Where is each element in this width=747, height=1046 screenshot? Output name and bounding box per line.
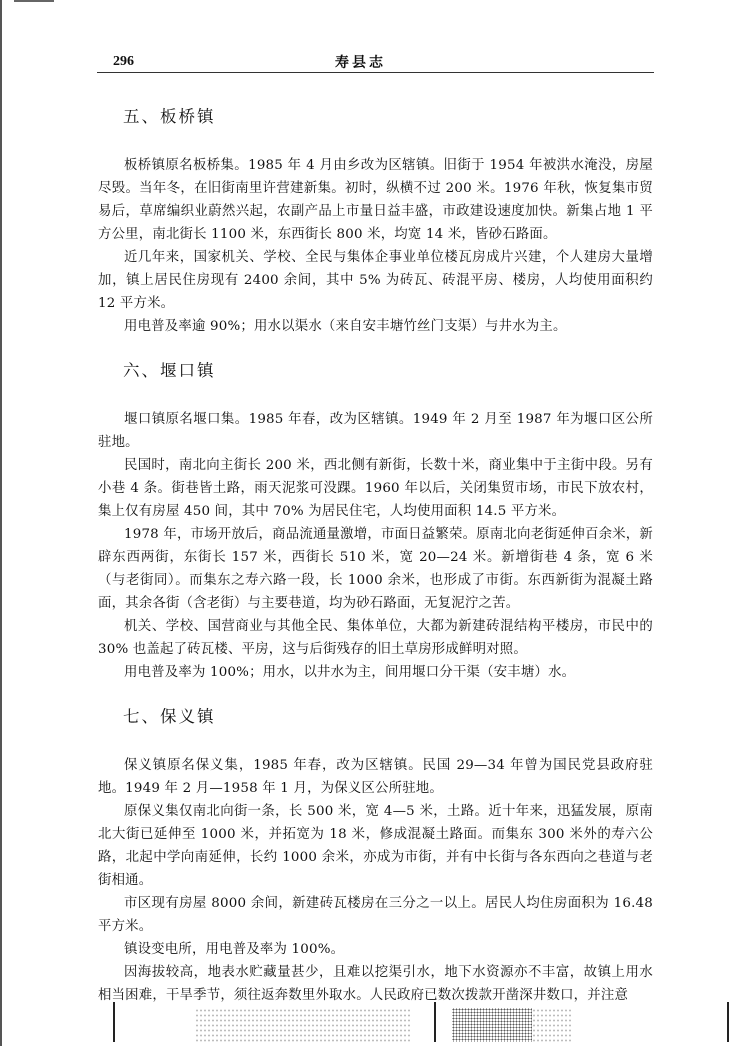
paragraph: 用电普及率为 100%；用水，以井水为主，间用堰口分干渠（安丰塘）水。 (98, 661, 653, 684)
scan-bar (113, 1002, 115, 1042)
paragraph: 原保义集仅南北向街一条，长 500 米，宽 4—5 米，土路。近十年来，迅猛发展… (98, 800, 653, 892)
paragraph: 保义镇原名保义集，1985 年春，改为区辖镇。民国 29—34 年曾为国民党县政… (98, 754, 653, 800)
scan-bar (727, 1002, 729, 1042)
paragraph: 近几年来，国家机关、学校、全民与集体企事业单位楼瓦房成片兴建，个人建房大量增加，… (98, 246, 653, 315)
paragraph: 堰口镇原名堰口集。1985 年春，改为区辖镇。1949 年 2 月至 1987 … (98, 408, 653, 454)
paragraph: 1978 年，市场开放后，商品流通量激增，市面日益繁荣。原南北向老街延伸百余米，… (98, 523, 653, 615)
section-title-banqiao: 五、板桥镇 (123, 104, 653, 130)
paragraph: 板桥镇原名板桥集。1985 年 4 月由乡改为区辖镇。旧街于 1954 年被洪水… (98, 154, 653, 246)
header-rule (97, 72, 654, 73)
paragraph: 镇设变电所，用电普及率为 100%。 (98, 938, 653, 961)
page-body: 五、板桥镇 板桥镇原名板桥集。1985 年 4 月由乡改为区辖镇。旧街于 195… (98, 104, 653, 1007)
scan-noise (452, 1008, 532, 1042)
paragraph: 市区现有房屋 8000 余间，新建砖瓦楼房在三分之一以上。居民人均住房面积为 1… (98, 892, 653, 938)
paragraph: 民国时，南北向主街长 200 米，西北侧有新街，长数十米，商业集中于主街中段。另… (98, 454, 653, 523)
scan-left-border (0, 0, 2, 1046)
paragraph: 机关、学校、国营商业与其他全民、集体单位，大都为新建砖混结构平楼房，市民中的 3… (98, 615, 653, 661)
scan-top-mark (14, 0, 54, 2)
paragraph: 用电普及率逾 90%；用水以渠水（来自安丰塘竹丝门支渠）与井水为主。 (98, 315, 653, 338)
page-number: 296 (113, 54, 134, 70)
running-title: 寿县志 (335, 52, 386, 72)
scan-noise (195, 1008, 410, 1042)
section-title-yankou: 六、堰口镇 (123, 358, 653, 384)
page-header: 296 寿县志 (97, 48, 654, 72)
scan-artifacts-footer (0, 1000, 747, 1046)
scan-noise (532, 1008, 572, 1042)
scan-bar (434, 1002, 436, 1042)
section-title-baoyi: 七、保义镇 (123, 704, 653, 730)
